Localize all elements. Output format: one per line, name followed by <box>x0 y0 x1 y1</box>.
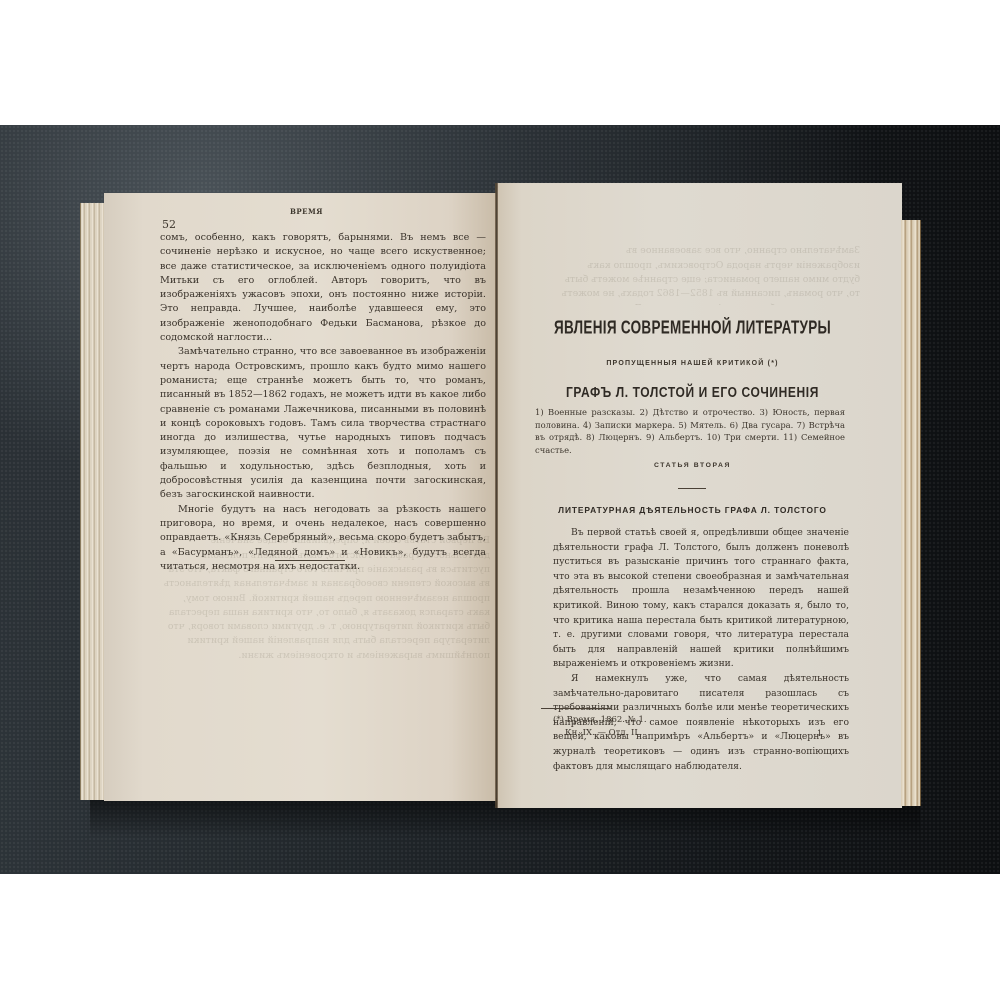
section-heading: ЛИТЕРАТУРНАЯ ДѢЯТЕЛЬНОСТЬ ГРАФА Л. ТОЛСТ… <box>520 505 865 515</box>
works-list: 1) Военные разсказы. 2) Дѣтство и отроче… <box>535 406 845 456</box>
bleed-through-right: Замѣчательно странно, что все завоеванно… <box>560 235 860 305</box>
page-number: 52 <box>162 218 176 231</box>
running-head: ВРЕМЯ <box>290 207 323 216</box>
left-page-body: сомъ, особенно, какъ говорятъ, барынями.… <box>160 231 486 574</box>
footnote-text: (*) Время, 1862. № 1. <box>553 714 647 727</box>
signature-text: Кн. IX. — Отд. II. <box>553 727 647 740</box>
footnote-rule <box>541 708 611 709</box>
book-gutter <box>495 183 498 808</box>
left-page-edges <box>80 203 107 800</box>
article-title: ЯВЛЕНІЯ СОВРЕМЕННОЙ ЛИТЕРАТУРЫ <box>520 317 865 337</box>
article-heading: ГРАФЪ Л. ТОЛСТОЙ И ЕГО СОЧИНЕНІЯ <box>520 384 865 401</box>
paragraph: сомъ, особенно, какъ говорятъ, барынями.… <box>160 231 486 345</box>
paragraph: Въ первой статьѣ своей я, опредѣливши об… <box>553 526 849 672</box>
signature-mark: 1 <box>817 729 822 738</box>
footnote: (*) Время, 1862. № 1. Кн. IX. — Отд. II. <box>553 714 647 740</box>
paragraph: Замѣчательно странно, что все завоеванно… <box>160 345 486 502</box>
end-rule <box>275 560 345 561</box>
article-subtitle: ПРОПУЩЕННЫЯ НАШЕЙ КРИТИКОЙ (*) <box>520 360 865 367</box>
article-label: СТАТЬЯ ВТОРАЯ <box>520 462 865 469</box>
right-page-edges <box>901 220 921 806</box>
separator-rule <box>678 488 706 489</box>
paragraph: Многіе будутъ на насъ негодовать за рѣзк… <box>160 503 486 574</box>
